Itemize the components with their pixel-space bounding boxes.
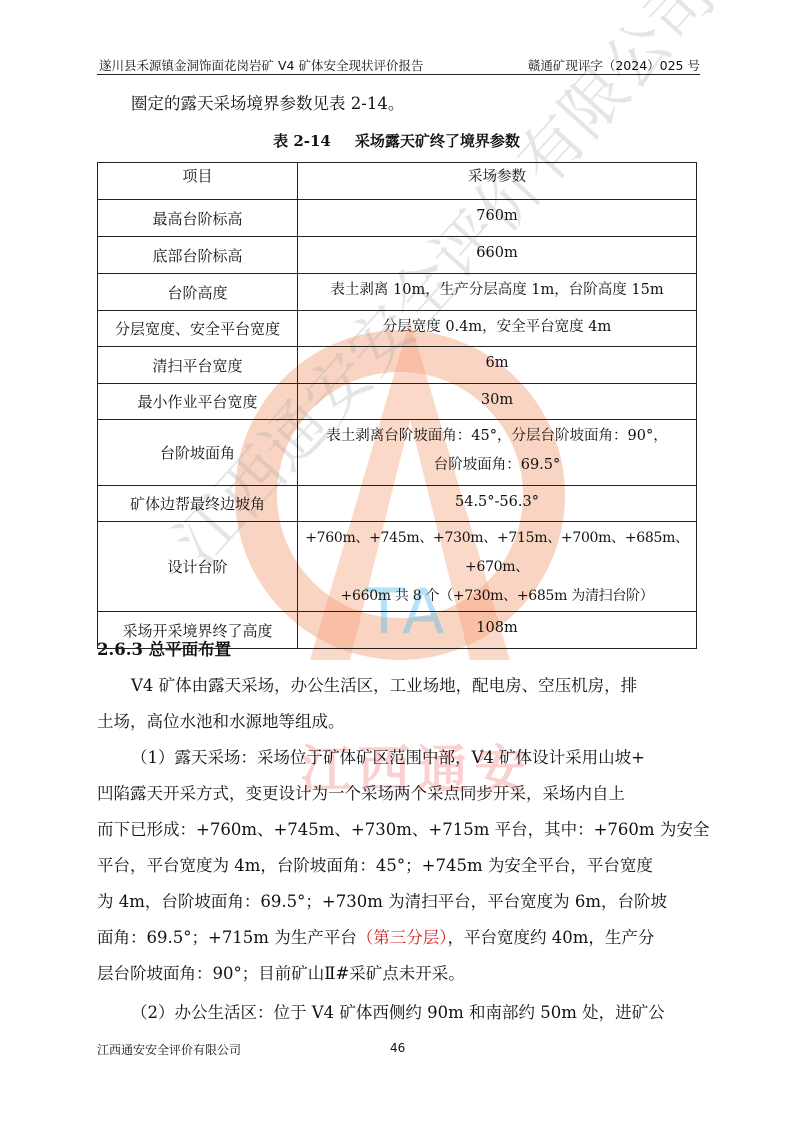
page-header: 遂川县禾源镇金洞饰面花岗岩矿 V4 矿体安全现状评价报告 赣通矿现评字（2024… [97,54,700,75]
row-item: 最小作业平台宽度 [98,384,298,420]
document-page: 江西通安安全评价有限公司 TA 江西通安 遂川县禾源镇金洞饰面花岗岩矿 V4 矿… [0,0,793,1122]
table-row: 采场开采境界终了高度 108m [98,612,697,649]
row-value-line: +760m、+745m、+730m、+715m、+700m、+685m、+670… [298,524,696,582]
table-row: 底部台阶标高 660m [98,237,697,274]
table-row: 最小作业平台宽度 30m [98,384,697,420]
table-caption-number: 表 2-14 [273,132,331,150]
row-item: 台阶坡面角 [98,420,298,486]
document-number: 赣通矿现评字（2024）025 号 [528,56,700,74]
paragraph-line: 而下已形成：+760m、+745m、+730m、+715m 平台，其中：+760… [97,812,709,848]
paragraph-line: （1）露天采场：采场位于矿体矿区范围中部，V4 矿体设计采用山坡+ [131,740,645,776]
row-value-line: +660m 共 8 个（+730m、+685m 为清扫台阶） [298,582,696,611]
row-value: 30m [298,384,696,413]
row-item: 清扫平台宽度 [98,347,298,384]
row-value: 660m [298,237,696,266]
row-value-line: 台阶坡面角：69.5° [298,451,696,480]
row-item: 矿体边帮最终边坡角 [98,486,298,522]
highlighted-red-text: （第三分层） [357,928,448,947]
table-header-row: 项目 采场参数 [98,163,697,200]
row-item: 分层宽度、安全平台宽度 [98,311,298,347]
page-number: 46 [390,1041,405,1055]
paragraph-line: （2）办公生活区：位于 V4 矿体西侧约 90m 和南部约 50m 处，进矿公 [131,995,665,1031]
boundary-parameters-table: 项目 采场参数 最高台阶标高 760m 底部台阶标高 660m 台阶高度 表土剥… [97,162,697,649]
row-item: 最高台阶标高 [98,200,298,237]
row-value: 分层宽度 0.4m，安全平台宽度 4m [298,311,696,340]
row-value: 6m [298,347,696,376]
row-item: 采场开采境界终了高度 [98,612,298,649]
report-title: 遂川县禾源镇金洞饰面花岗岩矿 V4 矿体安全现状评价报告 [99,56,423,74]
line-text: ，平台宽度约 40m，生产分 [447,928,654,947]
paragraph-line: 为 4m，台阶坡面角：69.5°；+730m 为清扫平台，平台宽度为 6m，台阶… [97,884,667,920]
paragraph-line: 层台阶坡面角：90°；目前矿山Ⅱ#采矿点未开采。 [97,956,465,992]
row-value: +760m、+745m、+730m、+715m、+700m、+685m、+670… [298,522,696,611]
intro-text: 圈定的露天采场境界参数见表 2-14。 [131,86,404,122]
table-row: 清扫平台宽度 6m [98,347,697,384]
paragraph-line: 面角：69.5°；+715m 为生产平台（第三分层），平台宽度约 40m，生产分 [97,920,654,956]
table-row: 分层宽度、安全平台宽度 分层宽度 0.4m，安全平台宽度 4m [98,311,697,347]
row-value-line: 表土剥离台阶坡面角：45°，分层台阶坡面角：90°， [298,422,696,451]
row-item: 设计台阶 [98,522,298,612]
table-caption: 表 2-14采场露天矿终了境界参数 [0,130,793,151]
row-value: 表土剥离台阶坡面角：45°，分层台阶坡面角：90°， 台阶坡面角：69.5° [298,420,696,480]
line-text: 面角：69.5°；+715m 为生产平台 [97,928,357,947]
row-value: 108m [298,612,696,641]
paragraph-line: 土场，高位水池和水源地等组成。 [97,704,345,740]
paragraph-line: V4 矿体由露天采场，办公生活区，工业场地，配电房、空压机房，排 [131,668,637,704]
table-caption-title: 采场露天矿终了境界参数 [355,132,520,150]
table-row: 台阶坡面角 表土剥离台阶坡面角：45°，分层台阶坡面角：90°， 台阶坡面角：6… [98,420,697,486]
row-item: 底部台阶标高 [98,237,298,274]
table-row: 设计台阶 +760m、+745m、+730m、+715m、+700m、+685m… [98,522,697,612]
footer-company: 江西通安安全评价有限公司 [97,1041,241,1058]
paragraph-line: 平台，平台宽度为 4m，台阶坡面角：45°；+745m 为安全平台，平台宽度 [97,848,653,884]
row-value: 54.5°-56.3° [298,486,696,515]
row-value: 760m [298,200,696,229]
column-header-value: 采场参数 [298,163,697,200]
row-value: 表土剥离 10m，生产分层高度 1m，台阶高度 15m [298,274,696,303]
table-row: 最高台阶标高 760m [98,200,697,237]
row-item: 台阶高度 [98,274,298,311]
paragraph-line: 凹陷露天开采方式，变更设计为一个采场两个采点同步开采，采场内自上 [97,776,625,812]
column-header-item: 项目 [98,163,298,200]
table-row: 台阶高度 表土剥离 10m，生产分层高度 1m，台阶高度 15m [98,274,697,311]
table-row: 矿体边帮最终边坡角 54.5°-56.3° [98,486,697,522]
